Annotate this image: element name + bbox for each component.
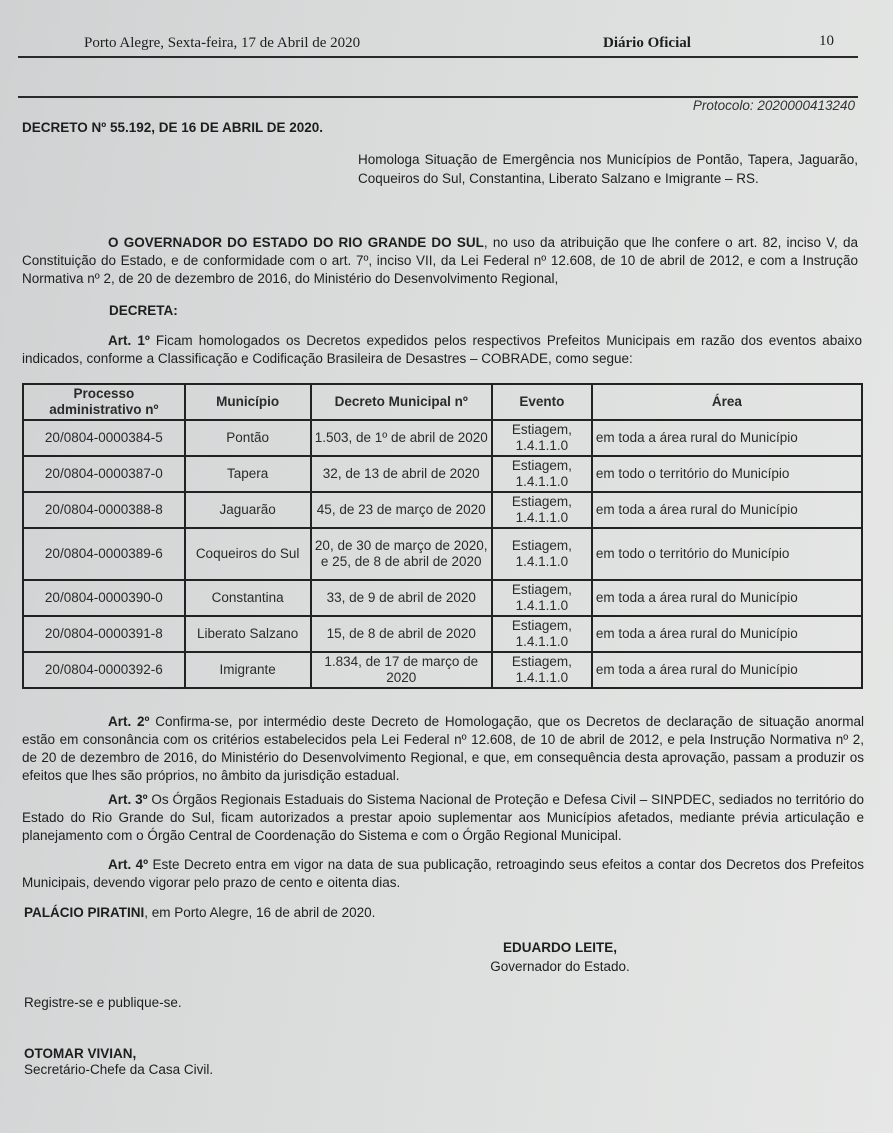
preambulo-authority: O GOVERNADOR DO ESTADO DO RIO GRANDE DO …	[108, 235, 484, 250]
table-row: 20/0804-0000392-6Imigrante1.834, de 17 d…	[23, 652, 862, 688]
cell-decreto: 33, de 9 de abril de 2020	[311, 580, 493, 616]
table-row: 20/0804-0000391-8Liberato Salzano15, de …	[23, 616, 862, 652]
ementa: Homologa Situação de Emergência nos Muni…	[358, 150, 858, 188]
preambulo: O GOVERNADOR DO ESTADO DO RIO GRANDE DO …	[22, 234, 858, 288]
page-number: 10	[819, 33, 834, 50]
col-header-processo: Processo administrativo nº	[23, 384, 185, 420]
col-header-municipio: Município	[185, 384, 311, 420]
cell-evento: Estiagem, 1.4.1.1.0	[492, 580, 592, 616]
cell-area: em toda a área rural do Município	[592, 616, 862, 652]
cell-processo: 20/0804-0000384-5	[23, 420, 185, 456]
cell-processo: 20/0804-0000392-6	[23, 652, 185, 688]
cell-processo: 20/0804-0000388-8	[23, 492, 185, 528]
cell-municipio: Tapera	[185, 456, 311, 492]
cell-evento: Estiagem, 1.4.1.1.0	[492, 652, 592, 688]
secretary-name: OTOMAR VIVIAN,	[24, 1046, 213, 1062]
col-header-area: Área	[592, 384, 862, 420]
cell-area: em toda a área rural do Município	[592, 492, 862, 528]
homologation-table: Processo administrativo nº Município Dec…	[22, 383, 863, 689]
cell-processo: 20/0804-0000387-0	[23, 456, 185, 492]
table-row: 20/0804-0000388-8Jaguarão45, de 23 de ma…	[23, 492, 862, 528]
article-4-text: Este Decreto entra em vigor na data de s…	[22, 857, 864, 890]
cell-area: em todo o território do Município	[592, 456, 862, 492]
table-row: 20/0804-0000389-6Coqueiros do Sul20, de …	[23, 528, 862, 580]
governor-signature: EDUARDO LEITE, Governador do Estado.	[470, 938, 650, 976]
cell-processo: 20/0804-0000390-0	[23, 580, 185, 616]
article-4: Art. 4º Este Decreto entra em vigor na d…	[22, 856, 864, 892]
col-header-evento: Evento	[492, 384, 592, 420]
cell-municipio: Imigrante	[185, 652, 311, 688]
table-row: 20/0804-0000387-0Tapera32, de 13 de abri…	[23, 456, 862, 492]
article-2-label: Art. 2º	[108, 714, 149, 729]
cell-area: em toda a área rural do Município	[592, 580, 862, 616]
cell-decreto: 20, de 30 de março de 2020, e 25, de 8 d…	[311, 528, 493, 580]
cell-evento: Estiagem, 1.4.1.1.0	[492, 616, 592, 652]
article-4-label: Art. 4º	[108, 857, 148, 872]
table-row: 20/0804-0000390-0Constantina33, de 9 de …	[23, 580, 862, 616]
place-date-line: PALÁCIO PIRATINI, em Porto Alegre, 16 de…	[24, 905, 375, 920]
table-row: 20/0804-0000384-5Pontão1.503, de 1º de a…	[23, 420, 862, 456]
cell-decreto: 1.503, de 1º de abril de 2020	[311, 420, 493, 456]
cell-decreto: 45, de 23 de março de 2020	[311, 492, 493, 528]
article-1: Art. 1º Ficam homologados os Decretos ex…	[22, 332, 862, 368]
palacio-text: , em Porto Alegre, 16 de abril de 2020.	[144, 905, 375, 920]
cell-area: em todo o território do Município	[592, 528, 862, 580]
article-2: Art. 2º Confirma-se, por intermédio dest…	[22, 713, 864, 785]
cell-municipio: Liberato Salzano	[185, 616, 311, 652]
article-3: Art. 3º Os Órgãos Regionais Estaduais do…	[22, 791, 864, 845]
protocolo: Protocolo: 2020000413240	[693, 98, 855, 113]
header-rule	[18, 56, 858, 58]
col-header-decreto: Decreto Municipal nº	[311, 384, 493, 420]
cell-municipio: Constantina	[185, 580, 311, 616]
decreto-title: DECRETO Nº 55.192, DE 16 DE ABRIL DE 202…	[22, 120, 323, 135]
cell-decreto: 15, de 8 de abril de 2020	[311, 616, 493, 652]
secretary-signature: OTOMAR VIVIAN, Secretário-Chefe da Casa …	[24, 1046, 213, 1078]
governor-title: Governador do Estado.	[470, 957, 650, 976]
palacio-name: PALÁCIO PIRATINI	[24, 905, 144, 920]
decreta-heading: DECRETA:	[109, 303, 178, 318]
header-publication: Diário Oficial	[603, 35, 691, 52]
cell-decreto: 1.834, de 17 de março de 2020	[311, 652, 493, 688]
cell-municipio: Jaguarão	[185, 492, 311, 528]
cell-area: em toda a área rural do Município	[592, 652, 862, 688]
cell-area: em toda a área rural do Município	[592, 420, 862, 456]
article-1-label: Art. 1º	[108, 333, 150, 348]
cell-evento: Estiagem, 1.4.1.1.0	[492, 456, 592, 492]
cell-processo: 20/0804-0000389-6	[23, 528, 185, 580]
header-place-date: Porto Alegre, Sexta-feira, 17 de Abril d…	[84, 35, 360, 52]
cell-municipio: Pontão	[185, 420, 311, 456]
article-2-text: Confirma-se, por intermédio deste Decret…	[22, 714, 864, 783]
cell-evento: Estiagem, 1.4.1.1.0	[492, 420, 592, 456]
secretary-title: Secretário-Chefe da Casa Civil.	[24, 1062, 213, 1078]
article-3-text: Os Órgãos Regionais Estaduais do Sistema…	[22, 792, 864, 843]
cell-evento: Estiagem, 1.4.1.1.0	[492, 492, 592, 528]
registre-line: Registre-se e publique-se.	[24, 995, 182, 1010]
cell-decreto: 32, de 13 de abril de 2020	[311, 456, 493, 492]
article-3-label: Art. 3º	[108, 792, 148, 807]
cell-evento: Estiagem, 1.4.1.1.0	[492, 528, 592, 580]
governor-name: EDUARDO LEITE,	[470, 938, 650, 957]
cell-processo: 20/0804-0000391-8	[23, 616, 185, 652]
cell-municipio: Coqueiros do Sul	[185, 528, 311, 580]
